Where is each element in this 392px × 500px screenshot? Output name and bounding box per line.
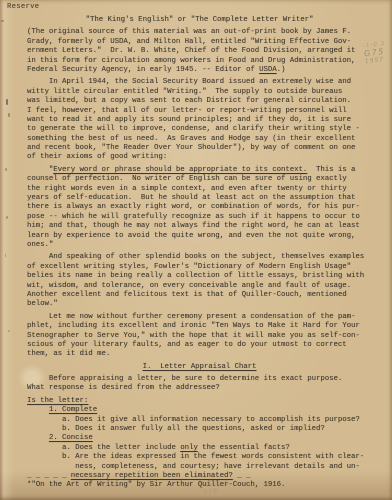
paragraph-block: Is the letter: 1. Complete a. Does it gi… xyxy=(27,397,372,491)
text-line: (The original source of this material wa… xyxy=(27,28,372,37)
paper-speck xyxy=(5,168,7,171)
text-line: b. Does it answer fully all the question… xyxy=(27,425,372,434)
text-line: the right words even in a simple context… xyxy=(27,185,372,194)
text-line: 2. Concise xyxy=(27,434,372,443)
document-body: "The King's English" or "The Complete Le… xyxy=(0,0,392,491)
text-line: a. Does it give all information necessar… xyxy=(27,416,372,425)
paragraph-block: In April 1944, the Social Security Board… xyxy=(27,78,372,163)
text-line: want to read it and apply its sound prin… xyxy=(27,116,372,125)
paper-speck xyxy=(8,330,10,332)
text-line: "Every word or phrase should be appropri… xyxy=(27,166,372,175)
text-line: ness, completeness, and courtesy; have i… xyxy=(27,463,372,472)
text-line: b. Are the ideas expressed in the fewest… xyxy=(27,453,372,462)
paragraph-block: Let me now without further ceremony pres… xyxy=(27,313,372,360)
text-line: Stenographer to Serve You," with the hop… xyxy=(27,332,372,341)
text-line: In April 1944, the Social Security Board… xyxy=(27,78,372,87)
text-line: of excellent writing styles, Fowler's "D… xyxy=(27,263,372,272)
text-line: I feel, however, that all of our letter-… xyxy=(27,107,372,116)
text-line: was limited, but a copy was sent to each… xyxy=(27,97,372,106)
text-line: a. Does the letter include only the esse… xyxy=(27,444,372,453)
paper-speck xyxy=(8,113,10,117)
text-line: them, as it did me. xyxy=(27,350,372,359)
text-line: to generate the will to improve, condens… xyxy=(27,125,372,134)
paragraph-block: (The original source of this material wa… xyxy=(27,28,372,75)
text-line: counsel of perfection. No writer of Engl… xyxy=(27,175,372,184)
text-line: in this form for circulation among worke… xyxy=(27,57,372,66)
text-line: What response is desired from the addres… xyxy=(27,384,372,393)
text-line: years of self-education. But he should a… xyxy=(27,194,372,203)
text-line: Another excellent and felicitous text is… xyxy=(27,291,372,300)
scanned-document-page: Reserve "The King's English" or "The Com… xyxy=(0,0,392,500)
paper-speck xyxy=(6,216,8,219)
text-line: pose -- which he will gratefully recogni… xyxy=(27,213,372,222)
paragraph-block: "Every word or phrase should be appropri… xyxy=(27,166,372,251)
text-line: below." xyxy=(27,300,372,309)
text-line: Grady, formerly of USDA, and Milton Hall… xyxy=(27,38,372,47)
text-line: ones." xyxy=(27,241,372,250)
heading-block: I. Letter Appraisal Chart xyxy=(27,363,372,372)
faint-library-stamp: USDA LIB xyxy=(198,479,231,495)
pencil-call-number-note: -1-0.3 G75 1957 xyxy=(363,41,388,66)
text-line: there is always an exactly right word, o… xyxy=(27,203,372,212)
text-line: Is the letter: xyxy=(27,397,372,406)
faint-stamp-line: LIB xyxy=(204,488,231,495)
text-line: learn by experience to avoid the quite w… xyxy=(27,232,372,241)
paper-speck xyxy=(1,20,4,22)
heading-block: "The King's English" or "The Complete Le… xyxy=(27,16,372,25)
paragraph-block: And speaking of other splendid books on … xyxy=(27,253,372,309)
text-line: Let me now without further ceremony pres… xyxy=(27,313,372,322)
text-line: something the best of us need. As Graves… xyxy=(27,135,372,144)
paper-speck xyxy=(5,254,6,257)
text-line: him; and that, though he may not always … xyxy=(27,222,372,231)
text-line: witty little circular entitled "Writing.… xyxy=(27,88,372,97)
paper-speck xyxy=(6,99,8,105)
text-line: 1. Complete xyxy=(27,406,372,415)
text-line: "The King's English" or "The Complete Le… xyxy=(27,16,372,25)
text-line: I. Letter Appraisal Chart xyxy=(27,363,372,372)
faint-stamp-line: USDA xyxy=(198,479,231,488)
text-line: And speaking of other splendid books on … xyxy=(27,253,372,262)
reserve-stamp: Reserve xyxy=(7,3,39,11)
text-line: phlet, including its excellent and ironi… xyxy=(27,322,372,331)
text-line: belies its name in being really a collec… xyxy=(27,272,372,281)
paragraph-block: Before appraising a letter, be sure to d… xyxy=(27,375,372,394)
text-line: ernment Letters." Dr. W. B. White, Chief… xyxy=(27,47,372,56)
text-line: of their axioms of good writing: xyxy=(27,153,372,162)
text-line: wit, wisdom, and tolerance, on every con… xyxy=(27,282,372,291)
text-line: scious of your literary faults, and as e… xyxy=(27,341,372,350)
text-line: Federal Security Agency, in early 1945. … xyxy=(27,66,372,75)
